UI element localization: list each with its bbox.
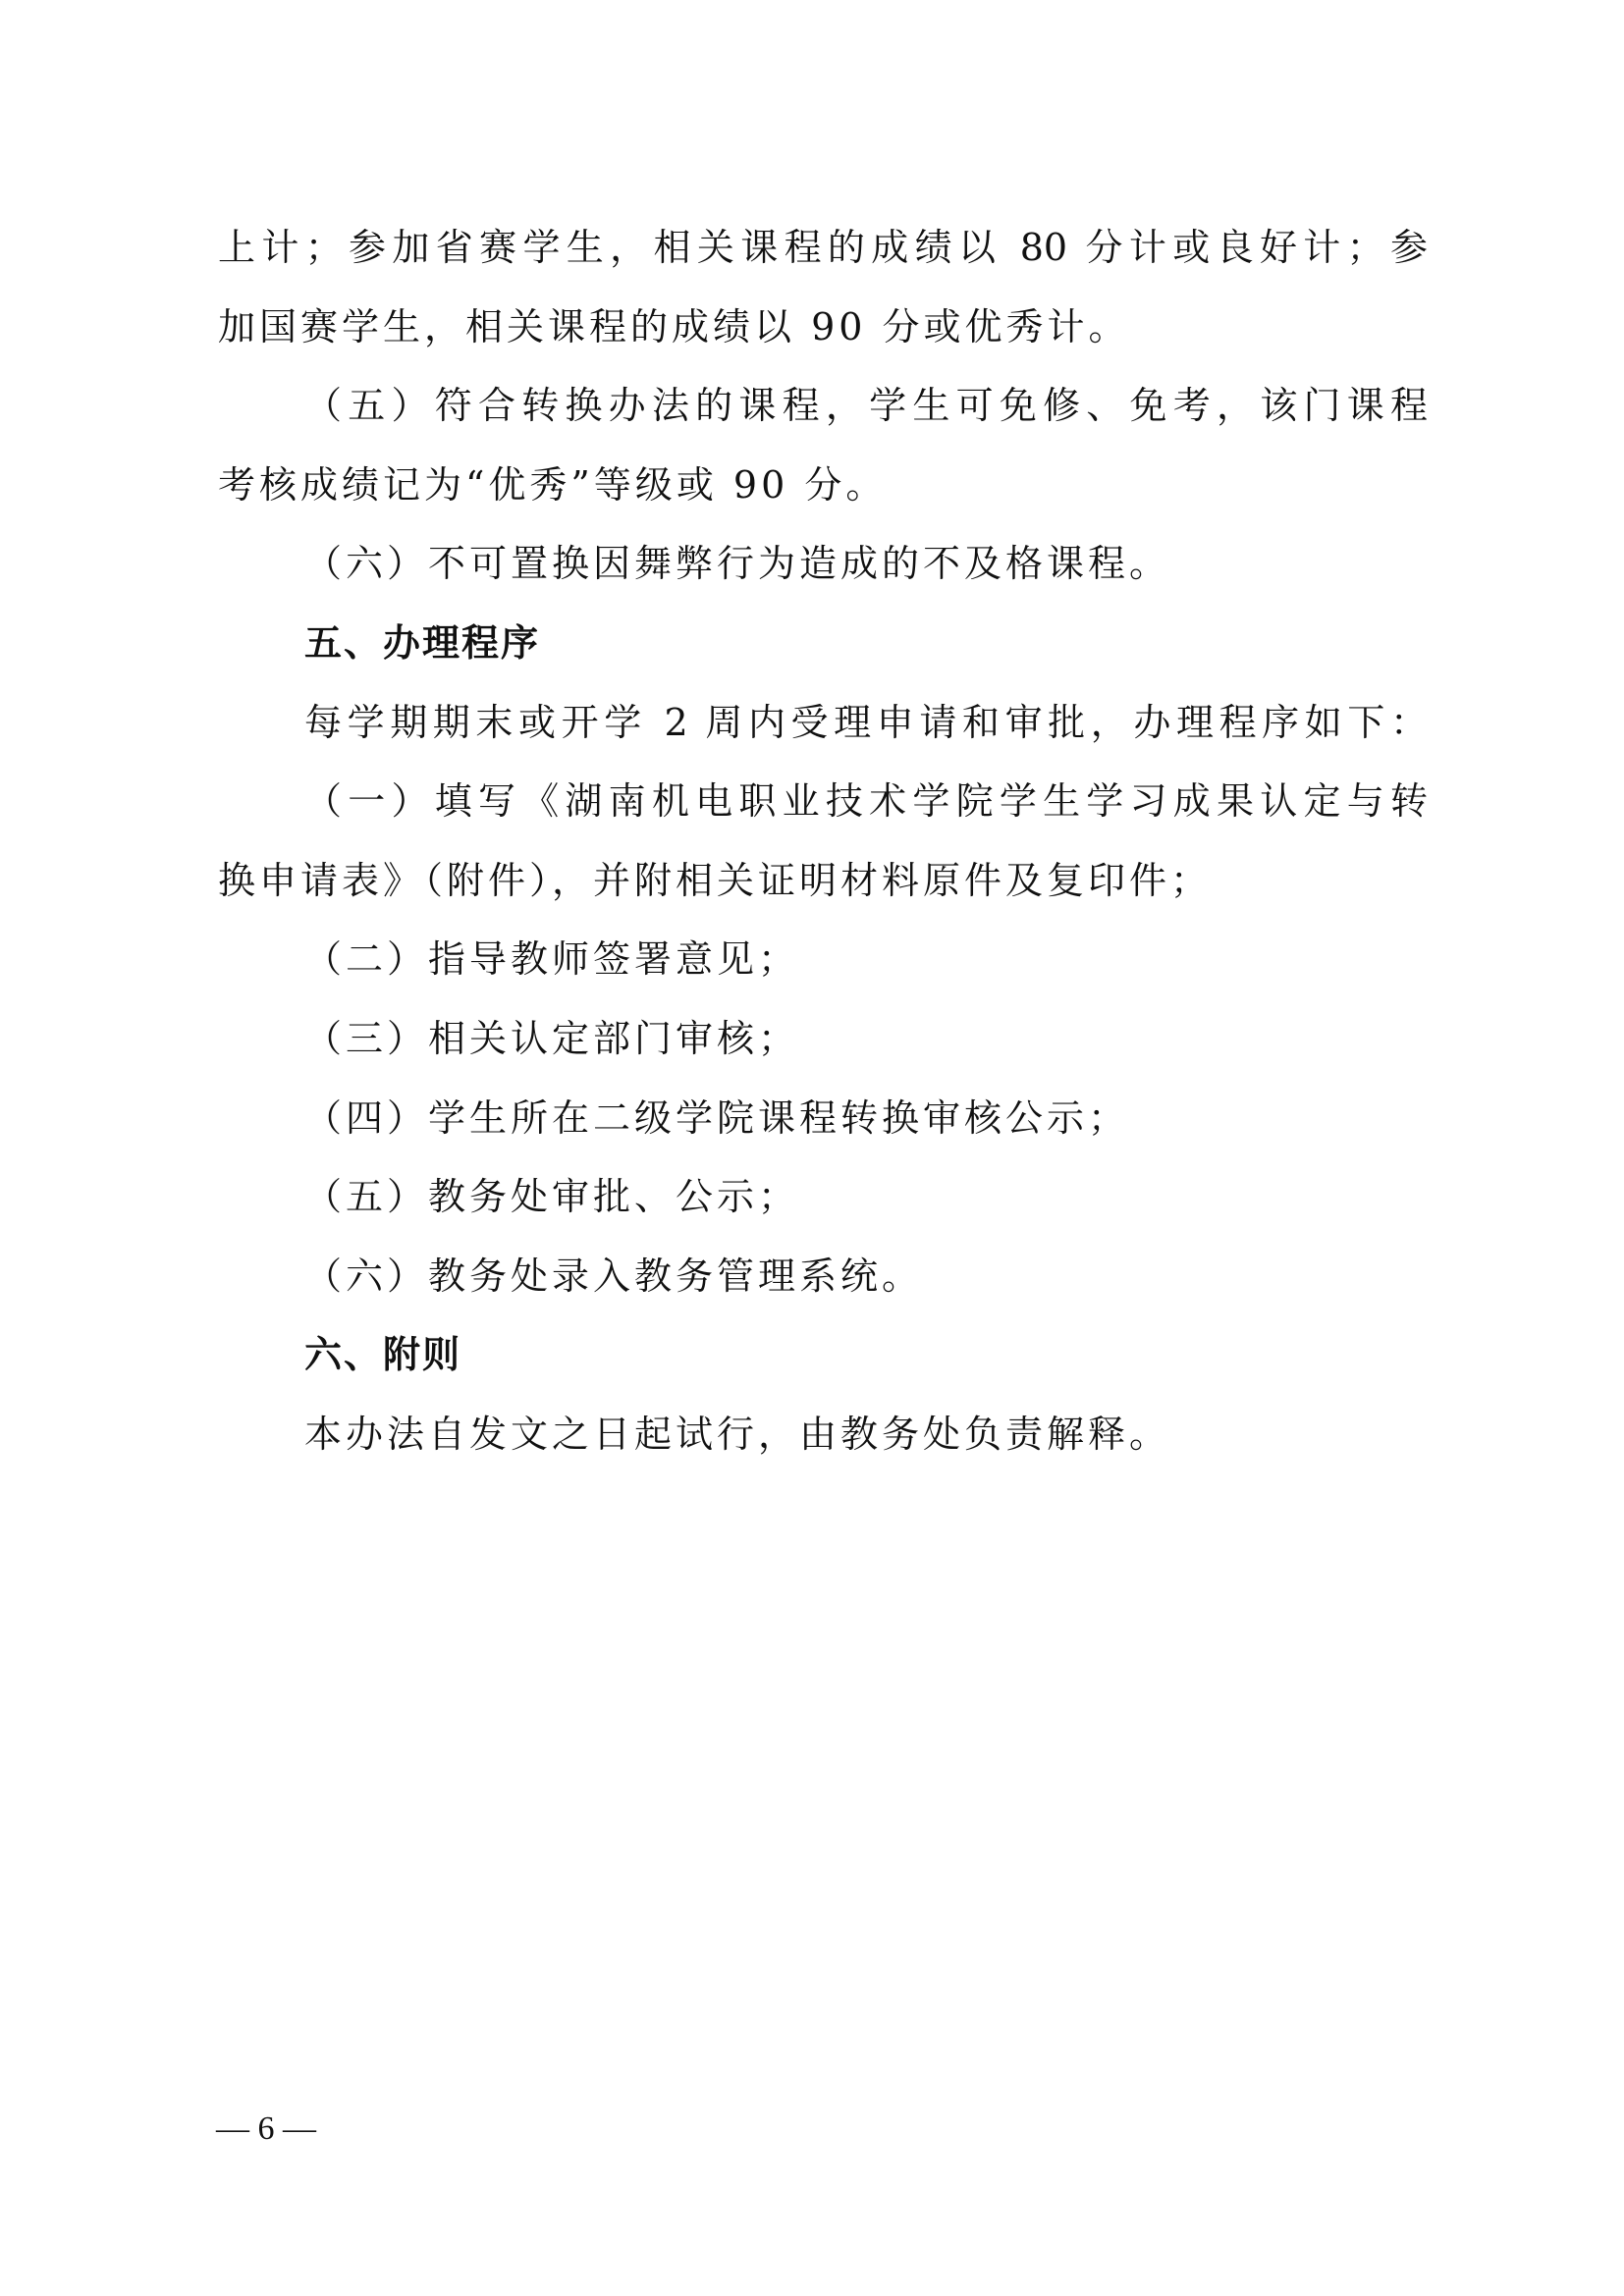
paragraph: 本办法自发文之日起试行，由教务处负责解释。 [218,1395,1428,1474]
text-line: 考核成绩记为“优秀”等级或 90 分。 [218,446,1428,525]
document-body: 上计；参加省赛学生，相关课程的成绩以 80 分计或良好计；参 加国赛学生，相关课… [218,208,1428,1474]
text-line: 上计；参加省赛学生，相关课程的成绩以 80 分计或良好计；参 [218,208,1428,288]
section-heading: 五、办理程序 [218,604,1428,683]
list-item: （五）教务处审批、公示； [218,1157,1428,1237]
list-item: （六）教务处录入教务管理系统。 [218,1237,1428,1316]
document-page: 上计；参加省赛学生，相关课程的成绩以 80 分计或良好计；参 加国赛学生，相关课… [0,0,1624,2296]
list-item: （一）填写《湖南机电职业技术学院学生学习成果认定与转 [218,762,1428,841]
list-item: （六）不可置换因舞弊行为造成的不及格课程。 [218,524,1428,604]
paragraph: 每学期期末或开学 2 周内受理申请和审批，办理程序如下： [218,683,1428,763]
text-line: 加国赛学生，相关课程的成绩以 90 分或优秀计。 [218,288,1428,367]
list-item: （五）符合转换办法的课程，学生可免修、免考，该门课程 [218,366,1428,446]
list-item: （二）指导教师签署意见； [218,920,1428,999]
list-item: （四）学生所在二级学院课程转换审核公示； [218,1079,1428,1158]
page-number: — 6 — [216,2110,316,2148]
list-item: （三）相关认定部门审核； [218,999,1428,1079]
section-heading: 六、附则 [218,1315,1428,1395]
text-line: 换申请表》（附件），并附相关证明材料原件及复印件； [218,841,1428,921]
